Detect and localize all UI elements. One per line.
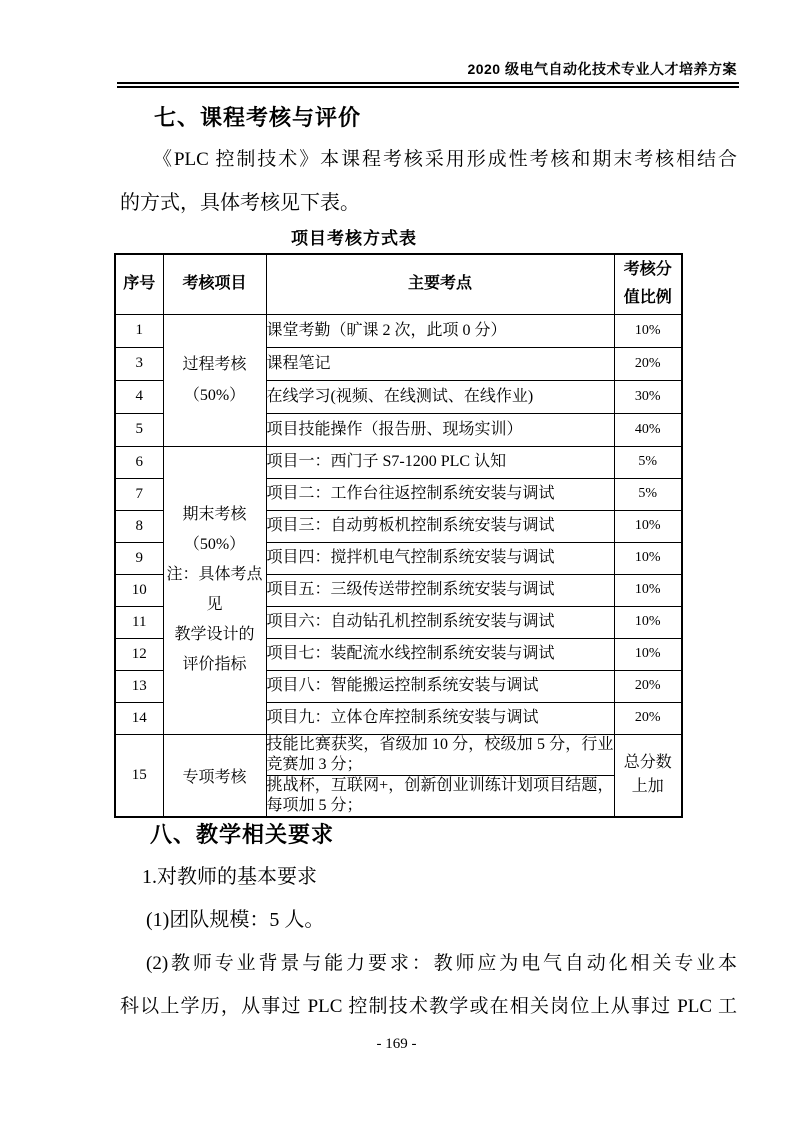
row-point: 项目三：自动剪板机控制系统安装与调试 [266, 510, 614, 542]
row-no: 13 [115, 670, 163, 702]
row-pct: 5% [614, 446, 682, 478]
row-pct: 10% [614, 638, 682, 670]
group-label-line: （50%） [164, 530, 266, 560]
header-col-ratio-line1: 考核分 [615, 256, 682, 284]
row-point: 挑战杯，互联网+，创新创业训练计划项目结题，每项加 5 分； [266, 775, 614, 817]
row-pct: 10% [614, 510, 682, 542]
row-point: 项目九：立体仓库控制系统安装与调试 [266, 702, 614, 734]
group-process-assessment: 过程考核 （50%） [163, 314, 266, 446]
row-no: 4 [115, 380, 163, 413]
table-header-row: 序号 考核项目 主要考点 考核分 值比例 [115, 254, 682, 314]
row-no: 9 [115, 542, 163, 574]
row-no: 8 [115, 510, 163, 542]
header-col-ratio: 考核分 值比例 [614, 254, 682, 314]
row-no: 3 [115, 347, 163, 380]
row-pct: 10% [614, 542, 682, 574]
header-col-no: 序号 [115, 254, 163, 314]
row-no: 12 [115, 638, 163, 670]
row-pct: 20% [614, 670, 682, 702]
section8-heading: 八、教学相关要求 [150, 822, 334, 848]
table-title: 项目考核方式表 [114, 228, 594, 250]
pct-label-line: 总分数 [615, 751, 682, 775]
section8-line2: (1)团队规模：5 人。 [146, 907, 324, 934]
group-label-line: （50%） [164, 380, 266, 411]
section7-paragraph-line1: 《PLC 控制技术》本课程考核采用形成性考核和期末考核相结合 [153, 146, 737, 175]
row-point: 项目七：装配流水线控制系统安装与调试 [266, 638, 614, 670]
row-pct: 30% [614, 380, 682, 413]
row-pct: 40% [614, 413, 682, 446]
group-final-assessment: 期末考核 （50%） 注：具体考点见 教学设计的 评价指标 [163, 446, 266, 734]
row-point: 项目二：工作台往返控制系统安装与调试 [266, 478, 614, 510]
header-col-ratio-line2: 值比例 [615, 284, 682, 312]
row-pct: 10% [614, 314, 682, 347]
row-point: 项目技能操作（报告册、现场实训） [266, 413, 614, 446]
header-col-item: 考核项目 [163, 254, 266, 314]
row-pct: 总分数 上加 [614, 734, 682, 817]
row-pct: 10% [614, 606, 682, 638]
group-label-line: 教学设计的 [164, 620, 266, 650]
row-no: 10 [115, 574, 163, 606]
row-point: 项目八：智能搬运控制系统安装与调试 [266, 670, 614, 702]
table-row: 1 过程考核 （50%） 课堂考勤（旷课 2 次，此项 0 分） 10% [115, 314, 682, 347]
table-row: 15 专项考核 技能比赛获奖，省级加 10 分，校级加 5 分，行业竞赛加 3 … [115, 734, 682, 775]
row-no: 1 [115, 314, 163, 347]
section8-line3: (2)教师专业背景与能力要求：教师应为电气自动化相关专业本 [146, 950, 737, 979]
header-double-rule [117, 82, 739, 88]
page-number: - 169 - [0, 1036, 793, 1053]
row-no: 11 [115, 606, 163, 638]
row-point: 项目一：西门子 S7-1200 PLC 认知 [266, 446, 614, 478]
pct-label-line: 上加 [615, 775, 682, 799]
group-label-line: 评价指标 [164, 650, 266, 680]
group-label-line: 过程考核 [164, 349, 266, 380]
row-pct: 10% [614, 574, 682, 606]
row-point: 项目四：搅拌机电气控制系统安装与调试 [266, 542, 614, 574]
row-no: 15 [115, 734, 163, 817]
row-no: 14 [115, 702, 163, 734]
running-header: 2020 级电气自动化技术专业人才培养方案 [117, 60, 737, 78]
header-col-point: 主要考点 [266, 254, 614, 314]
table-row: 6 期末考核 （50%） 注：具体考点见 教学设计的 评价指标 项目一：西门子 … [115, 446, 682, 478]
row-pct: 5% [614, 478, 682, 510]
row-point: 项目五：三级传送带控制系统安装与调试 [266, 574, 614, 606]
section7-heading: 七、课程考核与评价 [154, 105, 361, 131]
row-no: 5 [115, 413, 163, 446]
row-point: 在线学习(视频、在线测试、在线作业) [266, 380, 614, 413]
section7-paragraph-line2: 的方式，具体考核见下表。 [120, 190, 360, 217]
group-label-line: 期末考核 [164, 500, 266, 530]
row-point: 课程笔记 [266, 347, 614, 380]
row-pct: 20% [614, 702, 682, 734]
row-no: 6 [115, 446, 163, 478]
group-label-line: 注：具体考点见 [164, 560, 266, 620]
row-point: 项目六：自动钻孔机控制系统安装与调试 [266, 606, 614, 638]
section8-line1: 1.对教师的基本要求 [142, 864, 317, 891]
document-page: 2020 级电气自动化技术专业人才培养方案 七、课程考核与评价 《PLC 控制技… [0, 0, 793, 1122]
group-special-assessment: 专项考核 [163, 734, 266, 817]
assessment-table: 序号 考核项目 主要考点 考核分 值比例 1 过程考核 （50%） 课堂考勤（旷… [114, 253, 683, 818]
row-no: 7 [115, 478, 163, 510]
row-point: 课堂考勤（旷课 2 次，此项 0 分） [266, 314, 614, 347]
section8-line4: 科以上学历，从事过 PLC 控制技术教学或在相关岗位上从事过 PLC 工 [120, 993, 737, 1022]
row-pct: 20% [614, 347, 682, 380]
row-point: 技能比赛获奖，省级加 10 分，校级加 5 分，行业竞赛加 3 分； [266, 734, 614, 775]
